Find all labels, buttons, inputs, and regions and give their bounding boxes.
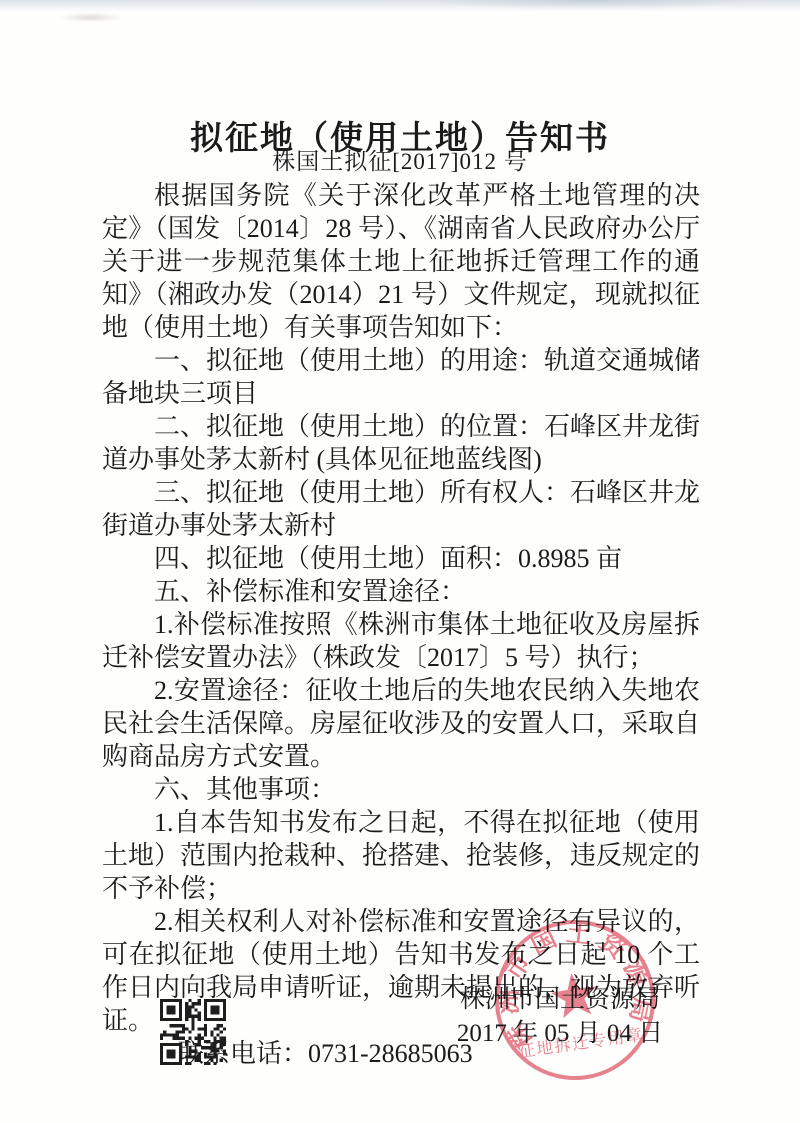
scan-edge-artifact xyxy=(420,0,760,10)
paragraph-item-1-purpose: 一、拟征地（使用土地）的用途：轨道交通城储备地块三项目 xyxy=(102,344,700,410)
signature-block: 株洲市国土资源局 2017 年 05 月 04 日 xyxy=(420,983,700,1051)
qr-code-icon xyxy=(160,999,226,1065)
paragraph-item-5-compensation: 五、补偿标准和安置途径： xyxy=(102,575,700,608)
paragraph-item-5-2: 2.安置途径：征收土地后的失地农民纳入失地农民社会生活保障。房屋征收涉及的安置人… xyxy=(102,674,700,773)
paragraph-item-6-1: 1.自本告知书发布之日起，不得在拟征地（使用土地）范围内抢栽种、抢搭建、抢装修，… xyxy=(102,806,700,905)
paragraph-basis: 根据国务院《关于深化改革严格土地管理的决定》（国发〔2014〕28 号）、《湖南… xyxy=(102,179,700,344)
issuing-agency: 株洲市国土资源局 xyxy=(420,983,700,1017)
paragraph-item-2-location: 二、拟征地（使用土地）的位置：石峰区井龙街道办事处茅太新村 (具体见征地蓝线图) xyxy=(102,410,700,476)
paragraph-item-4-area: 四、拟征地（使用土地）面积：0.8985 亩 xyxy=(102,542,700,575)
scanned-document-page: 拟征地（使用土地）告知书 株国土拟征[2017]012 号 根据国务院《关于深化… xyxy=(0,0,800,1123)
paragraph-item-5-1: 1.补偿标准按照《株洲市集体土地征收及房屋拆迁补偿安置办法》（株政发〔2017〕… xyxy=(102,608,700,674)
scan-smudge-artifact xyxy=(56,13,126,22)
issue-date: 2017 年 05 月 04 日 xyxy=(420,1017,700,1051)
document-number: 株国土拟征[2017]012 号 xyxy=(0,143,800,176)
paragraph-item-6-other: 六、其他事项： xyxy=(102,773,700,806)
paragraph-item-3-owner: 三、拟征地（使用土地）所有权人：石峰区井龙街道办事处茅太新村 xyxy=(102,476,700,542)
